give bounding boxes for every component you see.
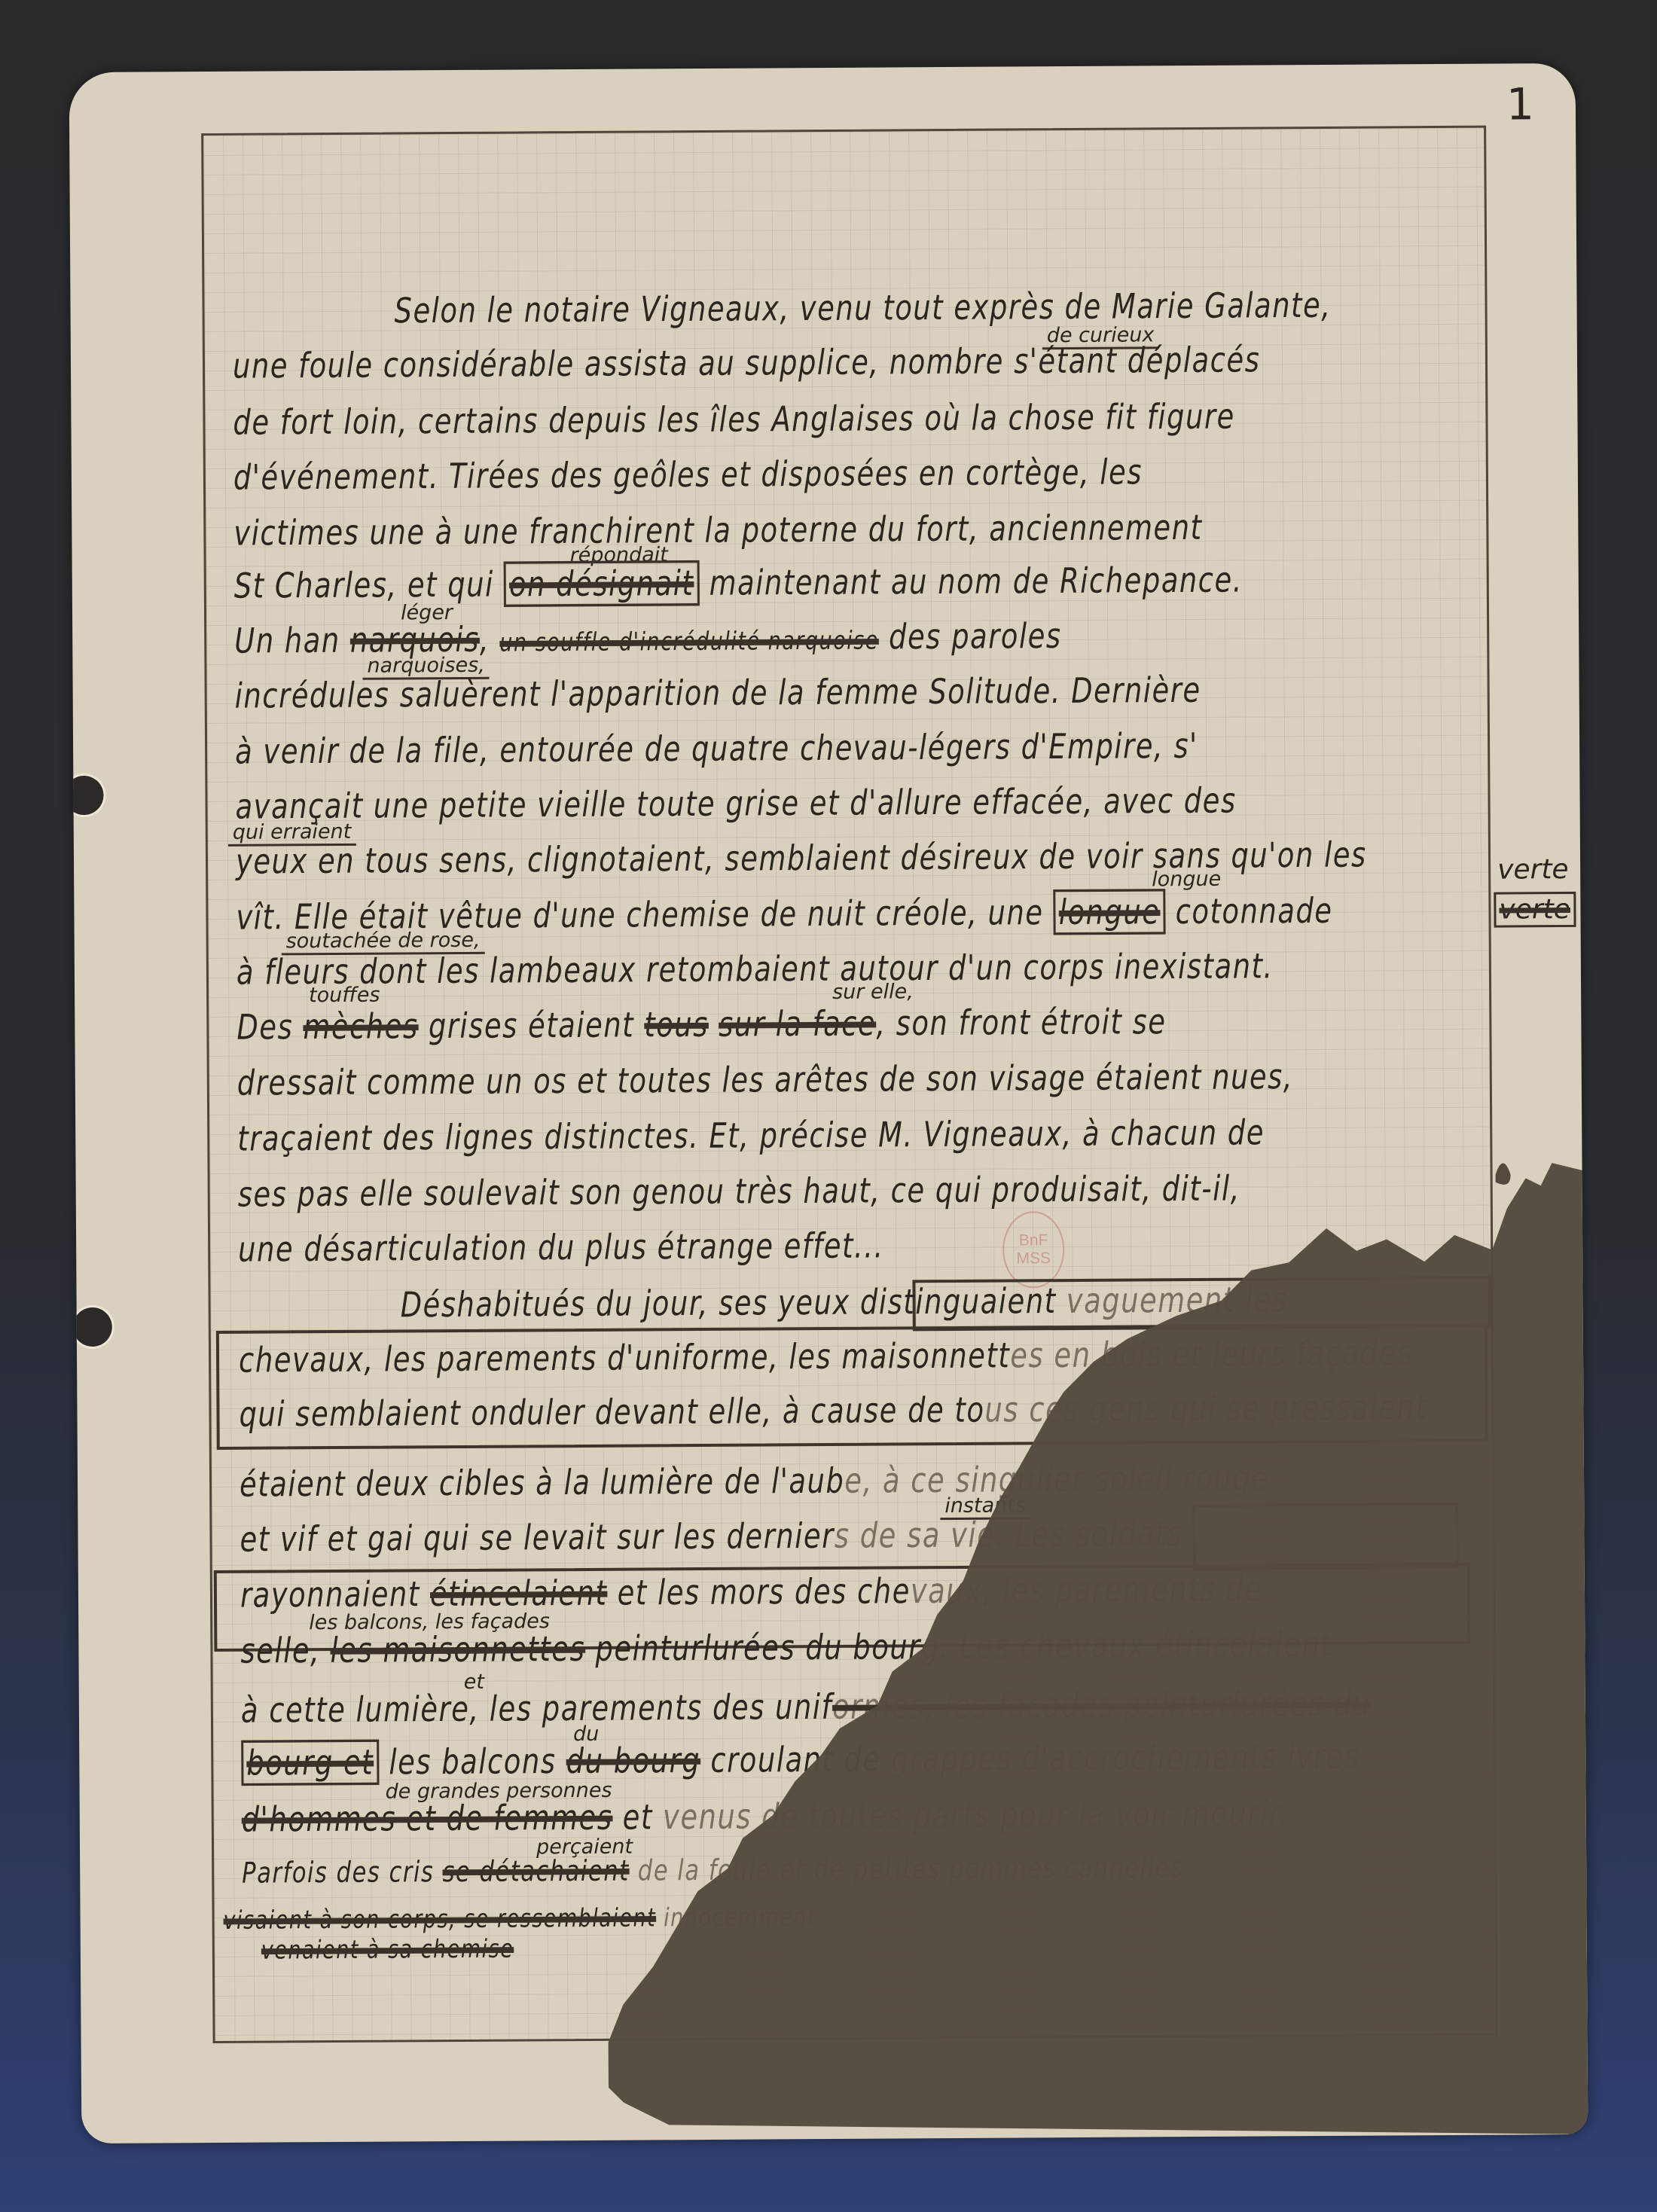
p2-line-6: rayonnaient étincelaient et les mors des… bbox=[240, 1569, 1263, 1616]
p1-line-7: Un han narquois, un souffle d'incrédulit… bbox=[234, 615, 1062, 661]
p1-line-4: d'événement. Tirées des geôles et dispos… bbox=[233, 452, 1143, 498]
margin-struck-verte: verte bbox=[1494, 892, 1576, 928]
p1-line-13: à fleurs dont les lambeaux retombaient a… bbox=[236, 946, 1274, 993]
p1-line-6: St Charles, et qui on désignait maintena… bbox=[234, 560, 1243, 606]
p2-line-12: visaient à son corps, se ressemblaient i… bbox=[223, 1902, 816, 1936]
punch-hole-upper bbox=[69, 776, 104, 815]
p1-line-15: dressait comme un os et toutes les arête… bbox=[237, 1056, 1294, 1103]
p1-line-14: Des mèches grises étaient tous sur la fa… bbox=[236, 1001, 1166, 1047]
p1-line-10: avançait une petite vieille toute grise … bbox=[235, 780, 1236, 827]
p1-line-17: ses pas elle soulevait son genou très ha… bbox=[238, 1168, 1240, 1215]
p1-line-2: une foule considérable assista au suppli… bbox=[233, 340, 1261, 386]
p1-insertion-longue: longue bbox=[1147, 868, 1225, 892]
p1-line-3: de fort loin, certains depuis les îles A… bbox=[233, 396, 1235, 443]
p2-line-1: Déshabitués du jour, ses yeux distinguai… bbox=[400, 1280, 1287, 1326]
p1-insertion-sur-elle: sur elle, bbox=[828, 980, 918, 1004]
p1-insertion-touffes: touffes bbox=[304, 984, 385, 1008]
manuscript-page: 1 BnF MSS Selon le notaire Vigneaux, ven… bbox=[69, 63, 1588, 2143]
p1-line-1: Selon le notaire Vigneaux, venu tout exp… bbox=[394, 285, 1331, 331]
bnf-stamp: BnF MSS bbox=[1002, 1211, 1065, 1288]
p2-line-8: à cette lumière, les parements des unifo… bbox=[241, 1683, 1372, 1731]
p2-line-11: Parfois des cris se détachaient de la fo… bbox=[242, 1850, 1184, 1890]
p2-line-7: selle, les maisonnettes peinturlurées du… bbox=[240, 1624, 1332, 1671]
p2-line-2: chevaux, les parements d'uniforme, les m… bbox=[239, 1333, 1413, 1381]
p2-line-4: étaient deux cibles à la lumière de l'au… bbox=[240, 1458, 1270, 1505]
p1-line-18: une désarticulation du plus étrange effe… bbox=[238, 1225, 884, 1270]
p1-line-9: à venir de la file, entourée de quatre c… bbox=[235, 725, 1198, 772]
p2-line-13: venaient à sa chemise bbox=[261, 1934, 514, 1965]
p1-line-8: incrédules saluèrent l'apparition de la … bbox=[235, 670, 1201, 716]
page-number: 1 bbox=[1506, 78, 1534, 130]
margin-insertion-verte: verte bbox=[1497, 854, 1569, 886]
punch-hole-lower bbox=[73, 1307, 112, 1347]
struck-on-designait: on désignait bbox=[504, 560, 700, 607]
p1-line-16: traçaient des lignes distinctes. Et, pré… bbox=[237, 1112, 1265, 1159]
stamp-line-2: MSS bbox=[1004, 1249, 1063, 1268]
p2-line-5: et vif et gai qui se levait sur les dern… bbox=[240, 1513, 1182, 1559]
p2-line-10: d'hommes et de femmes et venus de toutes… bbox=[242, 1793, 1289, 1840]
p1-line-5: victimes une à une franchirent la potern… bbox=[233, 507, 1202, 554]
revision-box-4 bbox=[1192, 1503, 1459, 1570]
p2-line-9: bourg et les balcons du bourg croulant d… bbox=[241, 1736, 1359, 1783]
stamp-line-1: BnF bbox=[1004, 1231, 1063, 1249]
p2-line-3: qui semblaient onduler devant elle, à ca… bbox=[239, 1387, 1427, 1434]
